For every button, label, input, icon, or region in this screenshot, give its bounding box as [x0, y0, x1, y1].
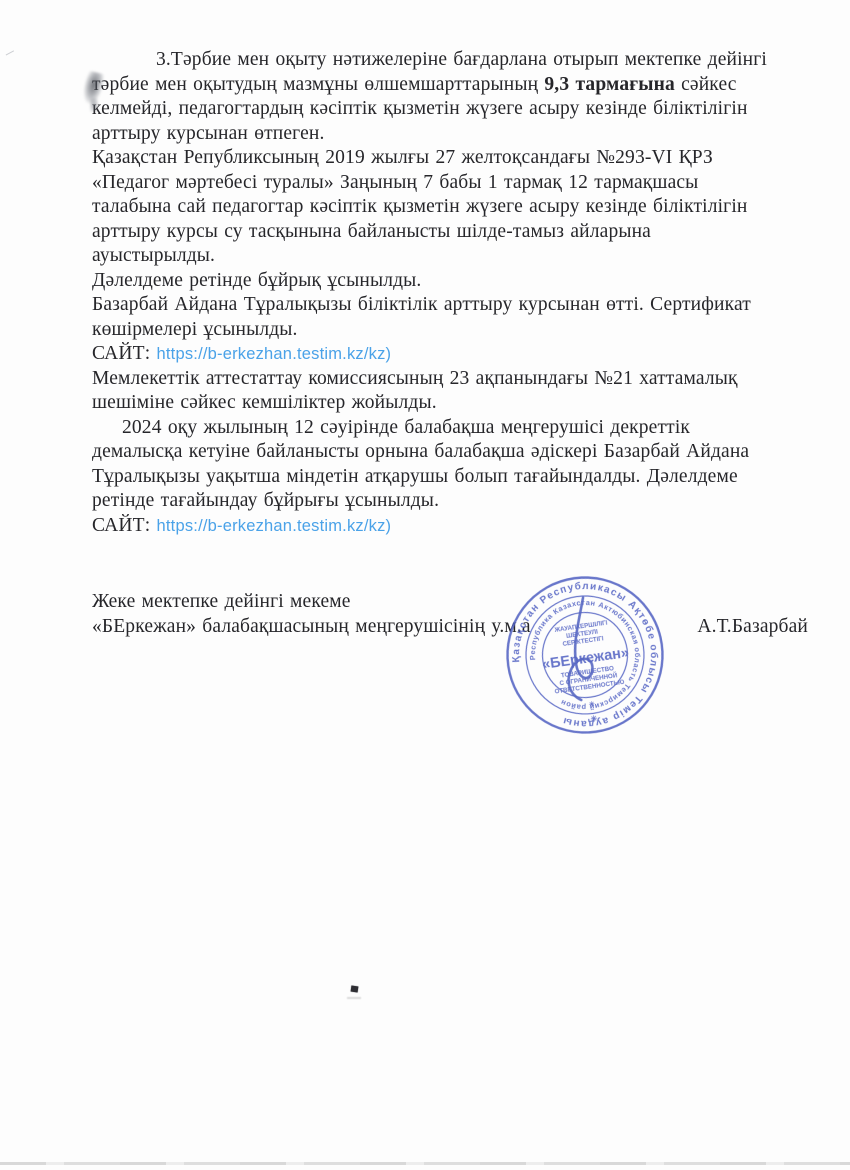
paragraph-evidence-order: Дәлелдеме ретінде бұйрық ұсынылды.	[92, 269, 808, 294]
signature-block: Жеке мектепке дейінгі мекеме «БЕркежан» …	[92, 590, 808, 639]
scan-speck	[351, 986, 359, 993]
paragraph-certificate: Базарбай Айдана Тұралықызы біліктілік ар…	[92, 293, 808, 342]
p1-line2c: сәйкес	[675, 74, 737, 95]
p1-line2a: тәрбие мен оқытудың мазмұны өлшемшарттар…	[92, 74, 544, 95]
site-line-1: САЙТ: https://b-erkezhan.testim.kz/kz)	[92, 342, 808, 367]
signature-org-line: Жеке мектепке дейінгі мекеме	[92, 590, 808, 615]
paragraph-attestation-commission: Мемлекеттік аттестаттау комиссиясының 23…	[92, 367, 808, 416]
site-link-2[interactable]: https://b-erkezhan.testim.kz/kz)	[157, 517, 392, 535]
scanned-document-page: 3.Тәрбие мен оқыту нәтижелеріне бағдарла…	[0, 0, 850, 1170]
signature-title-line: «БЕркежан» балабақшасының меңгерушісінің…	[92, 615, 808, 640]
site-line-2: САЙТ: https://b-erkezhan.testim.kz/kz)	[92, 514, 808, 539]
site-link[interactable]: https://b-erkezhan.testim.kz/kz)	[157, 345, 392, 363]
stamp-llp-ru-line3: ОТВЕТСТВЕННОСТЬЮ	[554, 679, 625, 696]
p1-line4: арттыру курсынан өтпеген.	[92, 123, 325, 144]
p1-bold-clause: 9,3 тармағына	[544, 74, 674, 95]
paragraph-law-reference: Қазақстан Републиксының 2019 жылғы 27 же…	[92, 146, 808, 269]
site-label: САЙТ:	[92, 343, 150, 364]
p1-line3: келмейді, педагогтардың кәсіптік қызметі…	[92, 98, 748, 119]
stamp-star-outer: ✳	[590, 714, 598, 724]
document-body: 3.Тәрбие мен оқыту нәтижелеріне бағдарла…	[92, 48, 808, 639]
site-label-2: САЙТ:	[92, 515, 150, 536]
signatory-name: А.Т.Базарбай	[697, 615, 808, 640]
signature-title-left: «БЕркежан» балабақшасының меңгерушісінің…	[92, 615, 531, 640]
scan-speck-shadow	[347, 997, 361, 999]
stamp-star-inner: ✳	[588, 700, 595, 709]
ink-smudge-tail	[90, 98, 98, 112]
stamp-llp-ru-line1: ТОВАРИЩЕСТВО	[561, 665, 615, 679]
stamp-llp-ru-line2: С ОГРАНИЧЕННОЙ	[559, 671, 618, 687]
p1-line1: 3.Тәрбие мен оқыту нәтижелеріне бағдарла…	[156, 49, 767, 70]
paragraph-appointment: 2024 оқу жылының 12 сәуірінде балабақша …	[92, 416, 808, 514]
stamp-org-name: «БЕркежан»	[541, 645, 630, 673]
paragraph-noncompliance: 3.Тәрбие мен оқыту нәтижелеріне бағдарла…	[92, 48, 808, 146]
scan-bottom-edge	[0, 1162, 850, 1165]
scan-corner-mark	[6, 50, 18, 61]
